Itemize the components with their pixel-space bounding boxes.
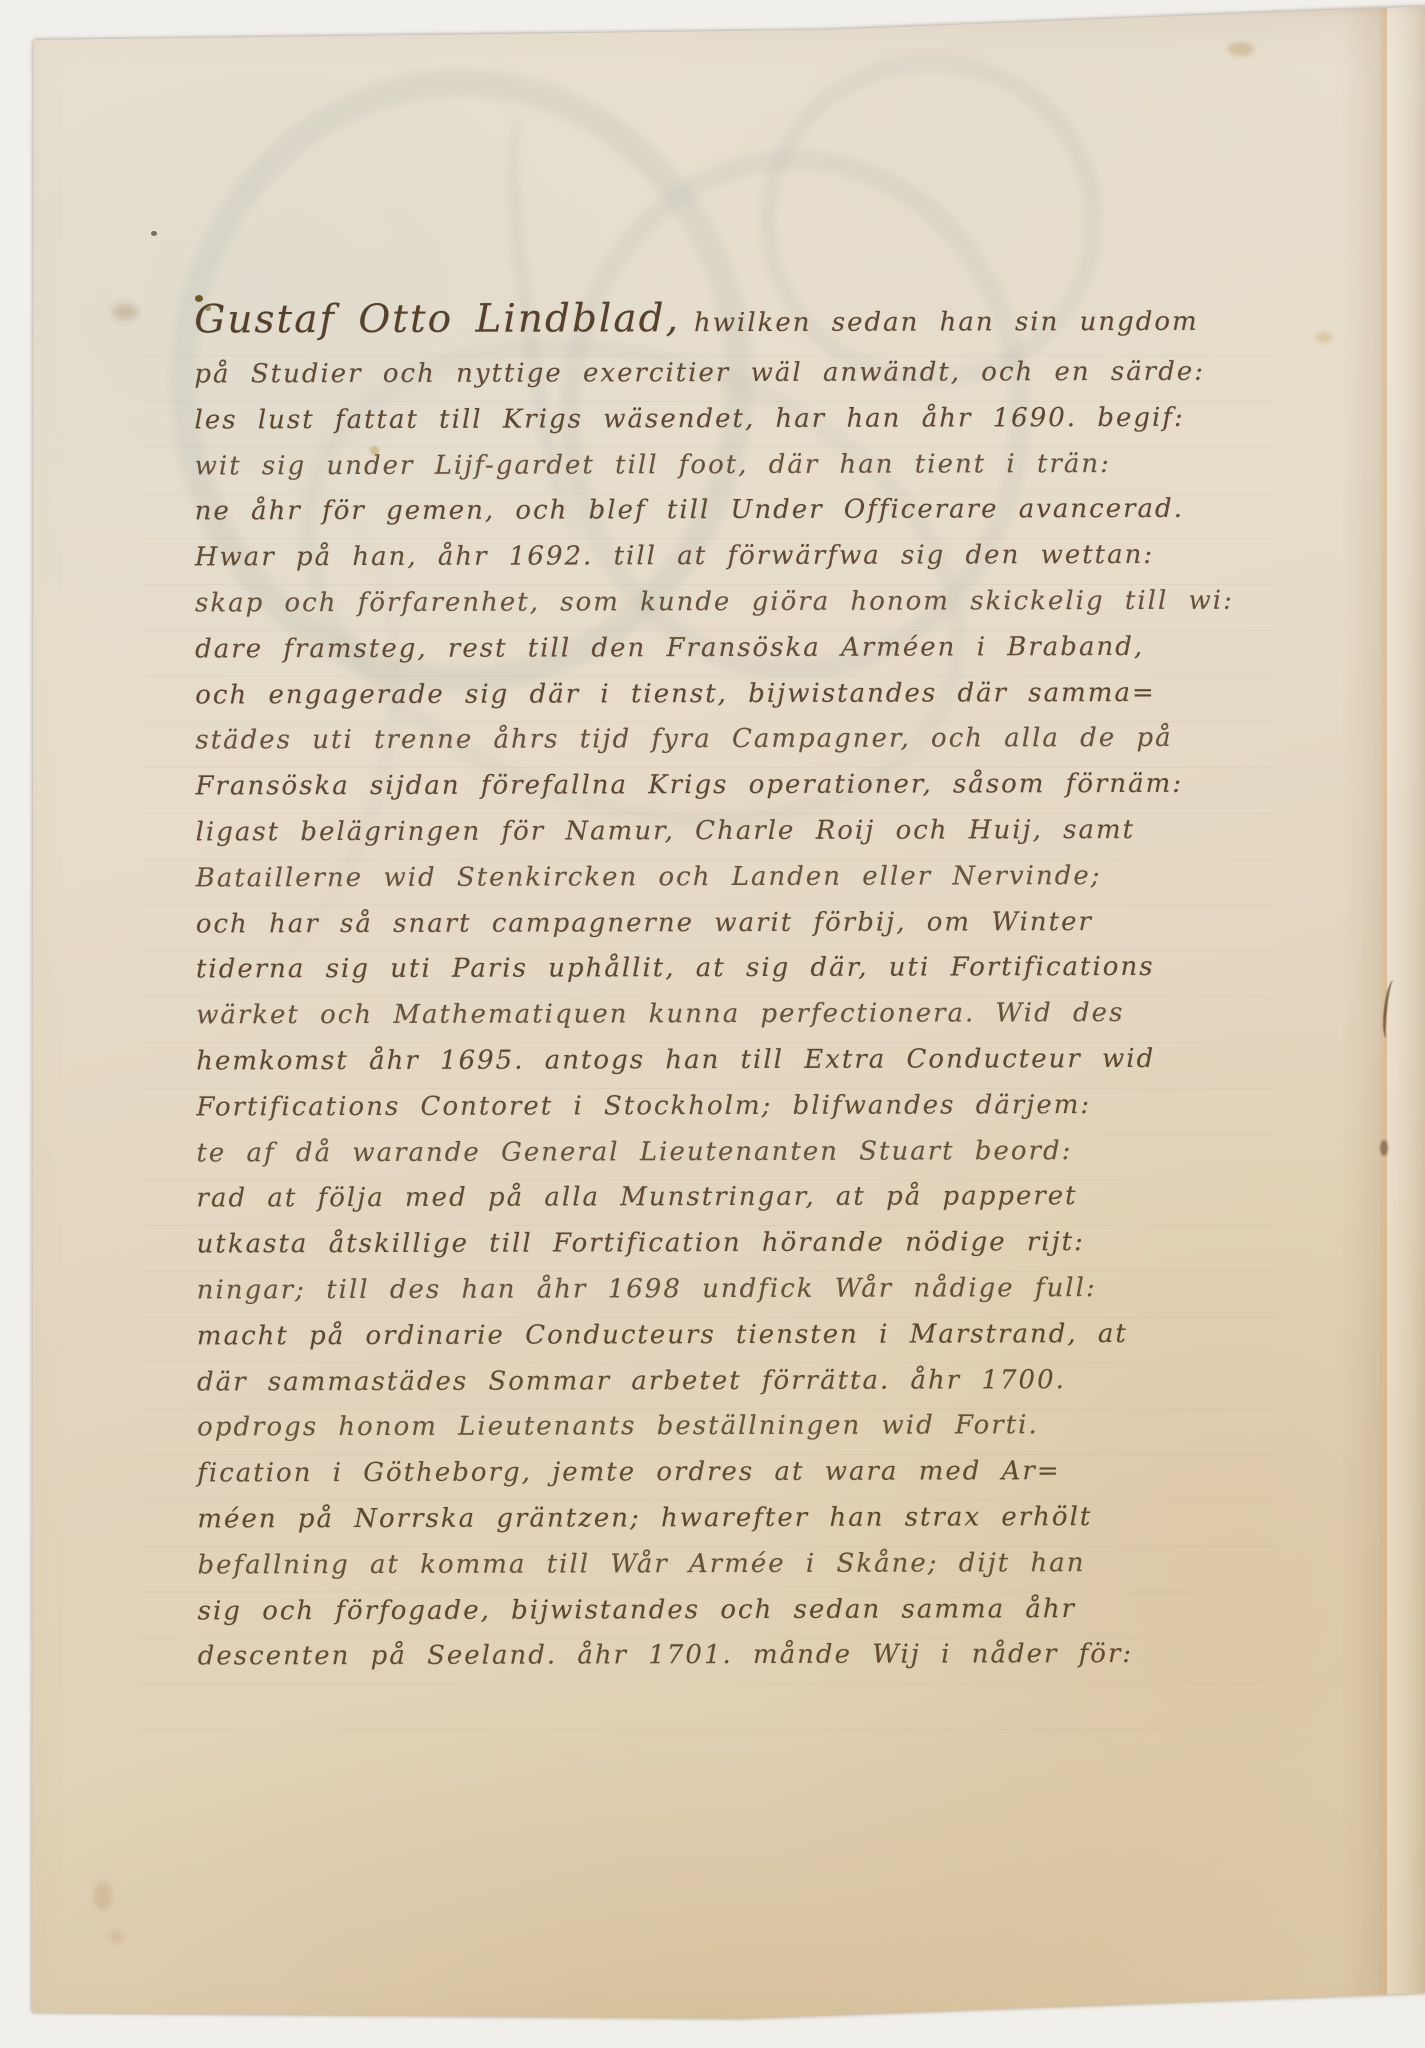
manuscript-line: ne åhr för gemen, och blef till Under Of…: [195, 494, 1280, 543]
manuscript-line: wärket och Mathematiquen kunna perfectio…: [196, 998, 1281, 1047]
margin-smudge: [112, 304, 138, 320]
manuscript-line: dare framsteg, rest till den Fransöska A…: [195, 631, 1280, 680]
manuscript-page: Gustaf Otto Lindblad,hwilken sedan han s…: [0, 0, 1425, 2048]
paper-stain: [110, 1930, 123, 1943]
manuscript-line: fication i Götheborg, jemte ordres at wa…: [197, 1456, 1282, 1505]
paper-stain: [370, 446, 379, 455]
manuscript-line: städes uti trenne åhrs tijd fyra Campagn…: [195, 723, 1280, 772]
manuscript-line: wit sig under Lijf-gardet till foot, där…: [195, 448, 1280, 497]
manuscript-line: Hwar på han, åhr 1692. till at förwärfwa…: [195, 540, 1280, 589]
opening-line-continuation: hwilken sedan han sin ungdom: [694, 307, 1199, 338]
showthrough-ornament: [22, 450, 452, 1031]
scan-background: Gustaf Otto Lindblad,hwilken sedan han s…: [0, 0, 1425, 2048]
showthrough-ornament: [170, 70, 752, 692]
ink-spot: [151, 231, 157, 236]
manuscript-line: befallning at komma till Wår Armée i Skå…: [197, 1547, 1282, 1596]
showthrough-ornament: [490, 108, 611, 542]
manuscript-line: hemkomst åhr 1695. antogs han till Extra…: [196, 1044, 1281, 1093]
ink-spot: [195, 295, 203, 302]
manuscript-line: på Studier och nyttige exercitier wäl an…: [194, 357, 1279, 406]
manuscript-line: les lust fattat till Krigs wäsendet, har…: [194, 402, 1279, 451]
manuscript-line: skap och förfarenhet, som kunde giöra ho…: [195, 586, 1280, 635]
manuscript-line: descenten på Seeland. åhr 1701. månde Wi…: [198, 1639, 1283, 1688]
manuscript-line: och har så snart campagnerne warit förbi…: [196, 906, 1281, 955]
manuscript-line: Fransöska sijdan förefallna Krigs operat…: [195, 769, 1280, 818]
gutter-margin: [1387, 0, 1425, 2048]
showthrough-ornament: [760, 55, 1102, 387]
showthrough-ornament: [235, 255, 1031, 910]
fold-crease: [1381, 0, 1387, 2048]
handwritten-text-block: Gustaf Otto Lindblad,hwilken sedan han s…: [194, 295, 1283, 1688]
manuscript-line: rad at följa med på alla Munstringar, at…: [197, 1181, 1282, 1230]
manuscript-line: macht på ordinarie Conducteurs tiensten …: [197, 1318, 1282, 1367]
ruling-guides: [140, 355, 1275, 1750]
manuscript-lines: på Studier och nyttige exercitier wäl an…: [194, 357, 1282, 1688]
ink-spot: [205, 306, 211, 311]
manuscript-line: tiderna sig uti Paris uphållit, at sig d…: [196, 952, 1281, 1001]
manuscript-line: och engagerade sig där i tienst, bijwist…: [195, 677, 1280, 726]
manuscript-line: ligast belägringen för Namur, Charle Roi…: [196, 815, 1281, 864]
gutter-shading: [1340, 0, 1382, 2048]
manuscript-line: sig och förfogade, bijwistandes och seda…: [198, 1593, 1283, 1642]
paper-stain: [94, 1882, 112, 1910]
manuscript-line: méen på Norrska gräntzen; hwarefter han …: [197, 1501, 1282, 1550]
showthrough-ornament: [560, 150, 1030, 680]
manuscript-line: Bataillerne wid Stenkircken och Landen e…: [196, 860, 1281, 909]
manuscript-line: opdrogs honom Lieutenants beställningen …: [197, 1410, 1282, 1459]
manuscript-line: där sammastädes Sommar arbetet förrätta.…: [197, 1364, 1282, 1413]
manuscript-line: te af då warande General Lieutenanten St…: [196, 1135, 1281, 1184]
paper-stain: [1228, 42, 1254, 56]
manuscript-line: Fortifications Contoret i Stockholm; bli…: [196, 1089, 1281, 1138]
opening-line: Gustaf Otto Lindblad,hwilken sedan han s…: [194, 295, 1279, 360]
manuscript-line: ningar; till des han åhr 1698 undfick Wå…: [197, 1273, 1282, 1322]
person-name: Gustaf Otto Lindblad,: [194, 296, 680, 342]
paper-stain: [1316, 332, 1332, 343]
manuscript-line: utkasta åtskillige till Fortification hö…: [197, 1227, 1282, 1276]
page-shadow: Gustaf Otto Lindblad,hwilken sedan han s…: [0, 0, 1425, 2048]
